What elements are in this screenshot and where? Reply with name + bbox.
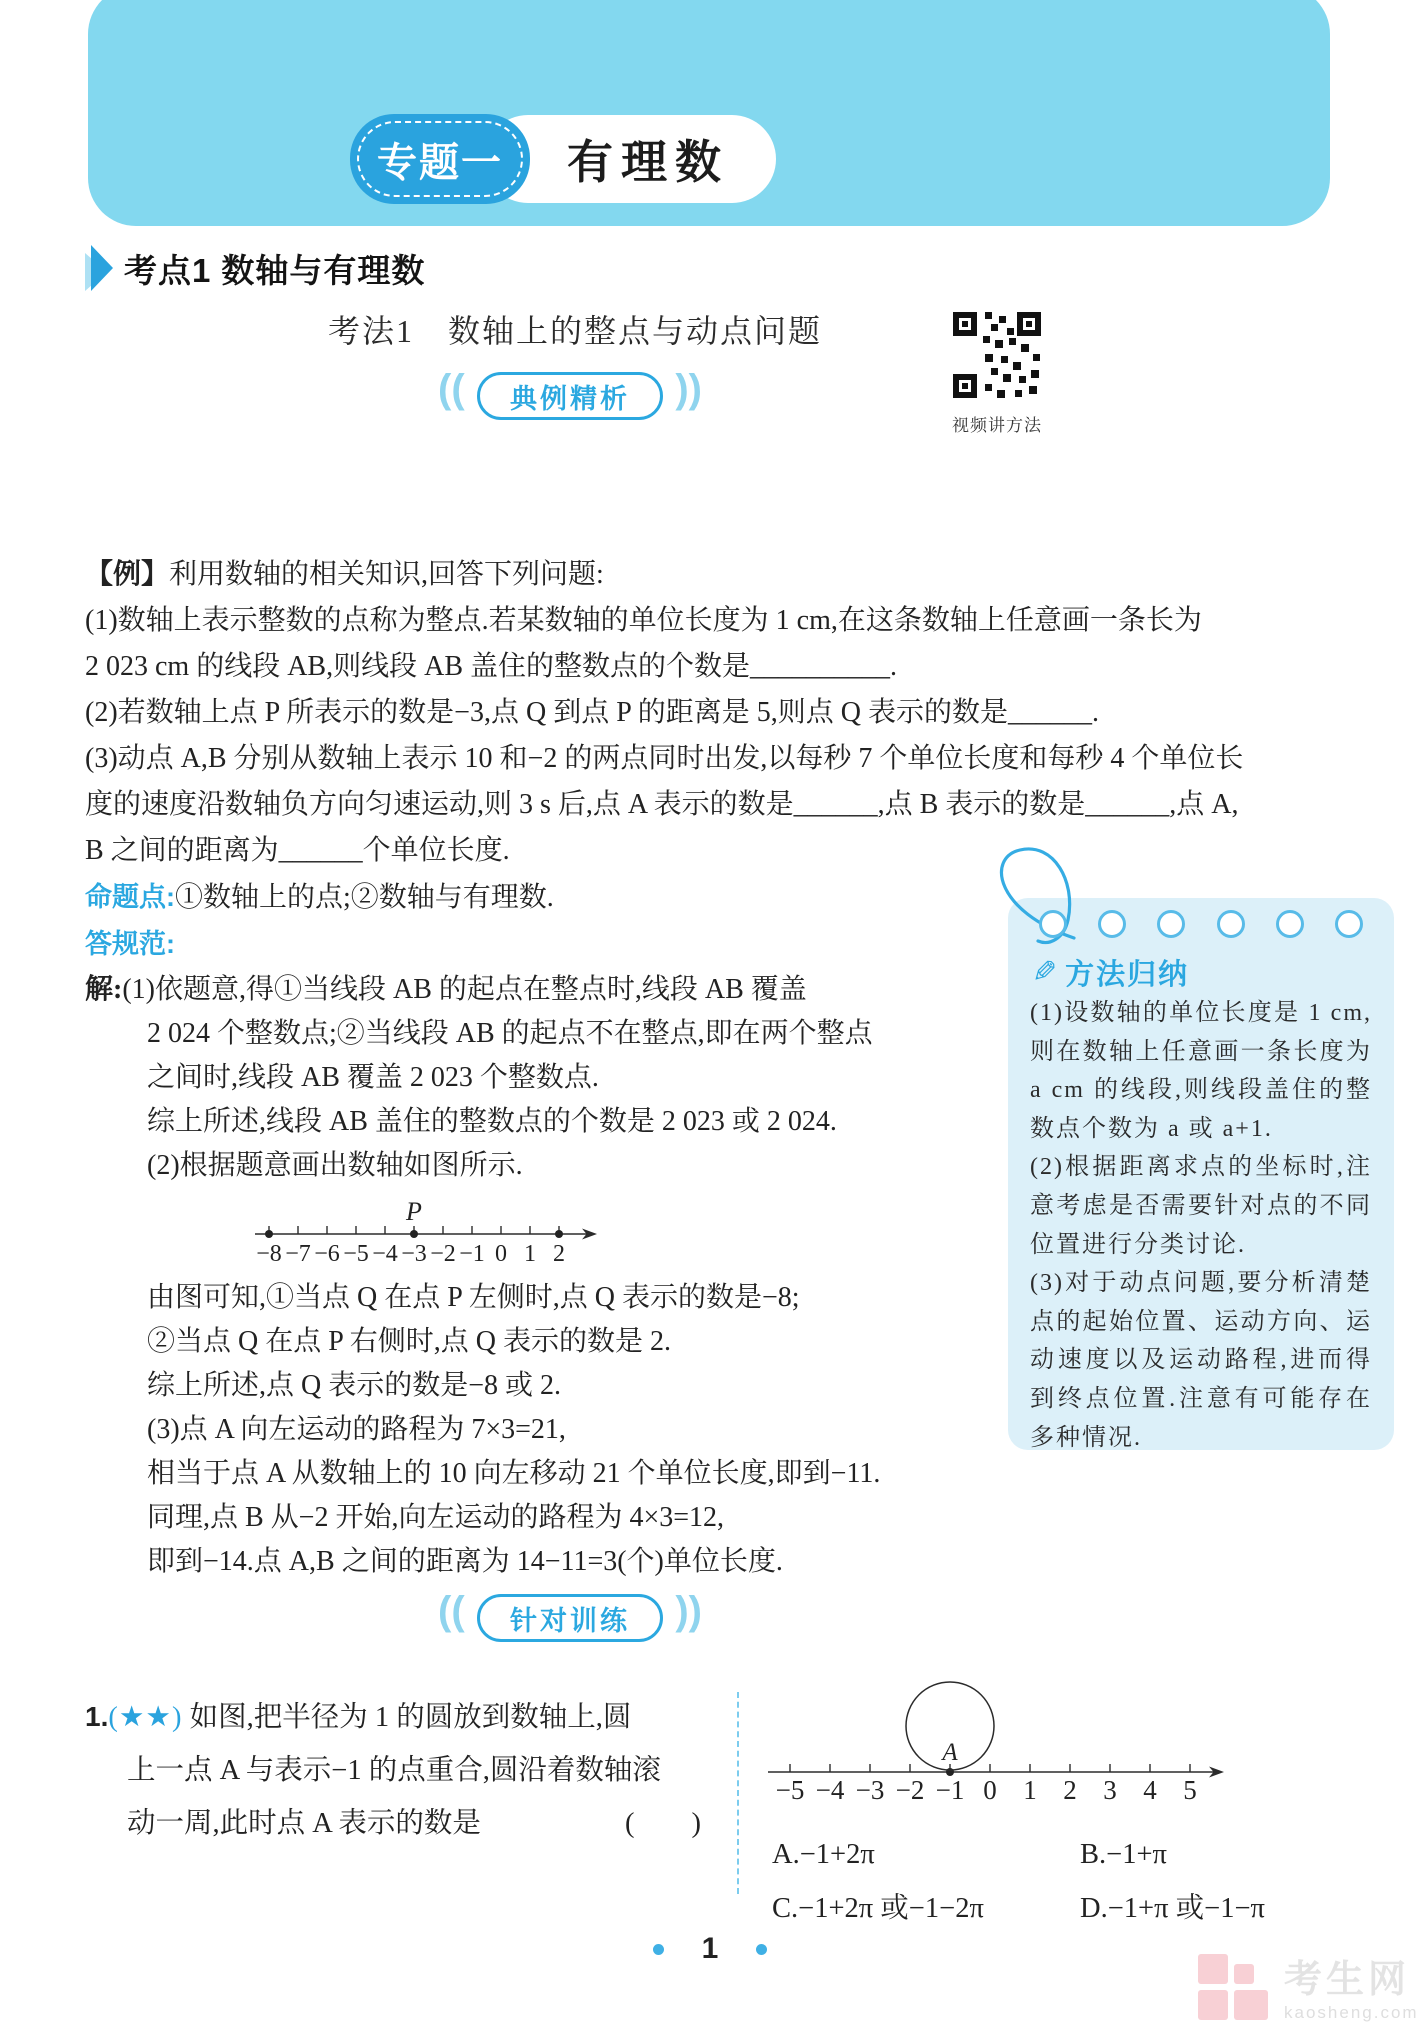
solution-line: 相当于点 A 从数轴上的 10 向左移动 21 个单位长度,即到−11. xyxy=(85,1452,1341,1496)
textbook-page: 专题一 有理数 考点1 数轴与有理数 考法1 数轴上的整点与动点问题 xyxy=(0,0,1420,2022)
method-heading: 考法1 数轴上的整点与动点问题 xyxy=(328,306,822,352)
column-divider xyxy=(737,1692,739,1894)
solution-line: 同理,点 B 从−2 开始,向左运动的路程为 4×3=12, xyxy=(85,1496,1341,1540)
method-box-body: (1)设数轴的单位长度是 1 cm,则在数轴上任意画一条长度为 a cm 的线段… xyxy=(1030,994,1372,1457)
example-section-badge: 典例精析 xyxy=(477,372,663,420)
chapter-title-badge: 专题一 有理数 xyxy=(350,114,776,204)
difficulty-stars: (★★) xyxy=(108,1702,182,1733)
example-line: (1)数轴上表示整数的点称为整点.若某数轴的单位长度为 1 cm,在这条数轴上任… xyxy=(85,598,1341,644)
example-line: (2)若数轴上点 P 所表示的数是−3,点 Q 到点 P 的距离是 5,则点 Q… xyxy=(85,690,1341,736)
problem-1-line: 动一周,此时点 A 表示的数是 ( ) xyxy=(85,1797,705,1850)
svg-text:1: 1 xyxy=(1023,1775,1037,1805)
svg-text:A: A xyxy=(940,1739,958,1766)
video-qr-block: 视频讲方法 xyxy=(950,310,1044,436)
option-a: A.−1+2π xyxy=(772,1828,1080,1882)
site-watermark: 考生网 kaosheng.com xyxy=(1198,1948,1419,2022)
problem-1: 1.(★★) 如图,把半径为 1 的圆放到数轴上,圆 上一点 A 与表示−1 的… xyxy=(85,1690,705,1850)
binder-holes xyxy=(1008,910,1394,938)
svg-text:−8: −8 xyxy=(256,1241,282,1267)
practice-section-badge: 针对训练 xyxy=(477,1594,663,1642)
svg-text:P: P xyxy=(405,1197,422,1226)
method-summary-box: ✎ 方法归纳 (1)设数轴的单位长度是 1 cm,则在数轴上任意画一条长度为 a… xyxy=(1008,898,1394,1450)
chapter-name-label: 有理数 xyxy=(567,126,729,192)
solution-label: 解: xyxy=(85,974,122,1005)
svg-text:−6: −6 xyxy=(314,1241,340,1267)
options-row-2: C.−1+2π 或−1−2π D.−1+π 或−1−π xyxy=(772,1882,1404,1936)
binder-hole xyxy=(1039,910,1067,938)
option-d: D.−1+π 或−1−π xyxy=(1080,1882,1265,1936)
page-number: 1 xyxy=(702,1932,719,1966)
example-tag: 【例】 xyxy=(85,559,169,590)
binder-hole xyxy=(1098,910,1126,938)
svg-text:4: 4 xyxy=(1143,1775,1157,1805)
option-c: C.−1+2π 或−1−2π xyxy=(772,1882,1080,1936)
problem-1-options: A.−1+2π B.−1+π C.−1+2π 或−1−2π D.−1+π 或−1… xyxy=(772,1828,1404,1936)
solution-line: 即到−14.点 A,B 之间的距离为 14−11=3(个)单位长度. xyxy=(85,1540,1341,1584)
svg-text:5: 5 xyxy=(1183,1775,1197,1805)
exam-point-title: 数轴与有理数 xyxy=(221,245,425,292)
example-line: 度的速度沿数轴负方向匀速运动,则 3 s 后,点 A 表示的数是______,点… xyxy=(85,782,1341,828)
binder-hole xyxy=(1217,910,1245,938)
svg-text:−4: −4 xyxy=(372,1241,398,1267)
svg-text:−2: −2 xyxy=(896,1775,925,1805)
footer-dot xyxy=(756,1944,767,1955)
example-line: B 之间的距离为______个单位长度. xyxy=(85,828,1341,874)
method-item: (1)设数轴的单位长度是 1 cm,则在数轴上任意画一条长度为 a cm 的线段… xyxy=(1030,994,1372,1148)
exam-point-heading: 考点1 数轴与有理数 xyxy=(84,243,425,293)
watermark-domain: kaosheng.com xyxy=(1284,2003,1419,2022)
option-b: B.−1+π xyxy=(1080,1828,1167,1882)
example-line: (3)动点 A,B 分别从数轴上表示 10 和−2 的两点同时出发,以每秒 7 … xyxy=(85,736,1341,782)
svg-text:−1: −1 xyxy=(459,1241,485,1267)
svg-text:0: 0 xyxy=(495,1241,507,1267)
svg-text:−7: −7 xyxy=(285,1241,311,1267)
example-line: 2 023 cm 的线段 AB,则线段 AB 盖住的整数点的个数是_______… xyxy=(85,644,1341,690)
exam-point-number: 考点1 xyxy=(124,245,211,292)
chapter-banner: 专题一 有理数 xyxy=(88,0,1330,226)
qr-code xyxy=(951,310,1043,400)
svg-text:0: 0 xyxy=(983,1775,997,1805)
method-item: (3)对于动点问题,要分析清楚点的起始位置、运动方向、运动速度以及运动路程,进而… xyxy=(1030,1264,1372,1457)
watermark-text: 考生网 kaosheng.com xyxy=(1284,1948,1419,2022)
chapter-number-pill: 专题一 xyxy=(350,114,530,204)
svg-text:−4: −4 xyxy=(816,1775,845,1805)
watermark-name: 考生网 xyxy=(1284,1948,1419,2003)
footer-dot xyxy=(653,1944,664,1955)
problem-1-line: 1.(★★) 如图,把半径为 1 的圆放到数轴上,圆 xyxy=(85,1690,705,1744)
svg-text:2: 2 xyxy=(553,1241,565,1267)
method-box-title-row: ✎ 方法归纳 xyxy=(1032,952,1189,993)
svg-text:2: 2 xyxy=(1063,1775,1077,1805)
svg-text:−5: −5 xyxy=(776,1775,805,1805)
svg-text:−3: −3 xyxy=(401,1241,427,1267)
options-row-1: A.−1+2π B.−1+π xyxy=(772,1828,1404,1882)
problem-1-line: 上一点 A 与表示−1 的点重合,圆沿着数轴滚 xyxy=(85,1744,705,1797)
svg-text:−3: −3 xyxy=(856,1775,885,1805)
example-badge-label: 典例精析 xyxy=(510,377,630,416)
method-box-title: 方法归纳 xyxy=(1065,952,1189,993)
proposition-label: 命题点: xyxy=(85,882,175,912)
binder-hole xyxy=(1335,910,1363,938)
svg-text:−5: −5 xyxy=(343,1241,369,1267)
pencil-icon: ✎ xyxy=(1032,955,1057,990)
chapter-number-label: 专题一 xyxy=(377,131,503,188)
qr-caption: 视频讲方法 xyxy=(950,411,1044,436)
svg-text:−1: −1 xyxy=(936,1775,965,1805)
answer-bracket: ( ) xyxy=(625,1797,701,1850)
example-intro-line: 【例】利用数轴的相关知识,回答下列问题: xyxy=(85,552,1341,598)
number-line-p: −8−7−6−5−4−3−2−1012P xyxy=(255,1188,599,1274)
watermark-logo xyxy=(1198,1948,1272,2020)
practice-badge-label: 针对训练 xyxy=(510,1599,630,1638)
answer-standard-label: 答规范: xyxy=(85,929,175,959)
circle-number-line-figure: −5−4−3−2−1012345A xyxy=(768,1668,1226,1820)
problem-number: 1. xyxy=(85,1701,108,1732)
svg-text:3: 3 xyxy=(1103,1775,1117,1805)
play-arrow-icon xyxy=(84,243,114,293)
svg-text:−2: −2 xyxy=(430,1241,456,1267)
svg-text:1: 1 xyxy=(524,1241,536,1267)
binder-hole xyxy=(1157,910,1185,938)
binder-hole xyxy=(1276,910,1304,938)
method-item: (2)根据距离求点的坐标时,注意考虑是否需要针对点的不同位置进行分类讨论. xyxy=(1030,1148,1372,1264)
